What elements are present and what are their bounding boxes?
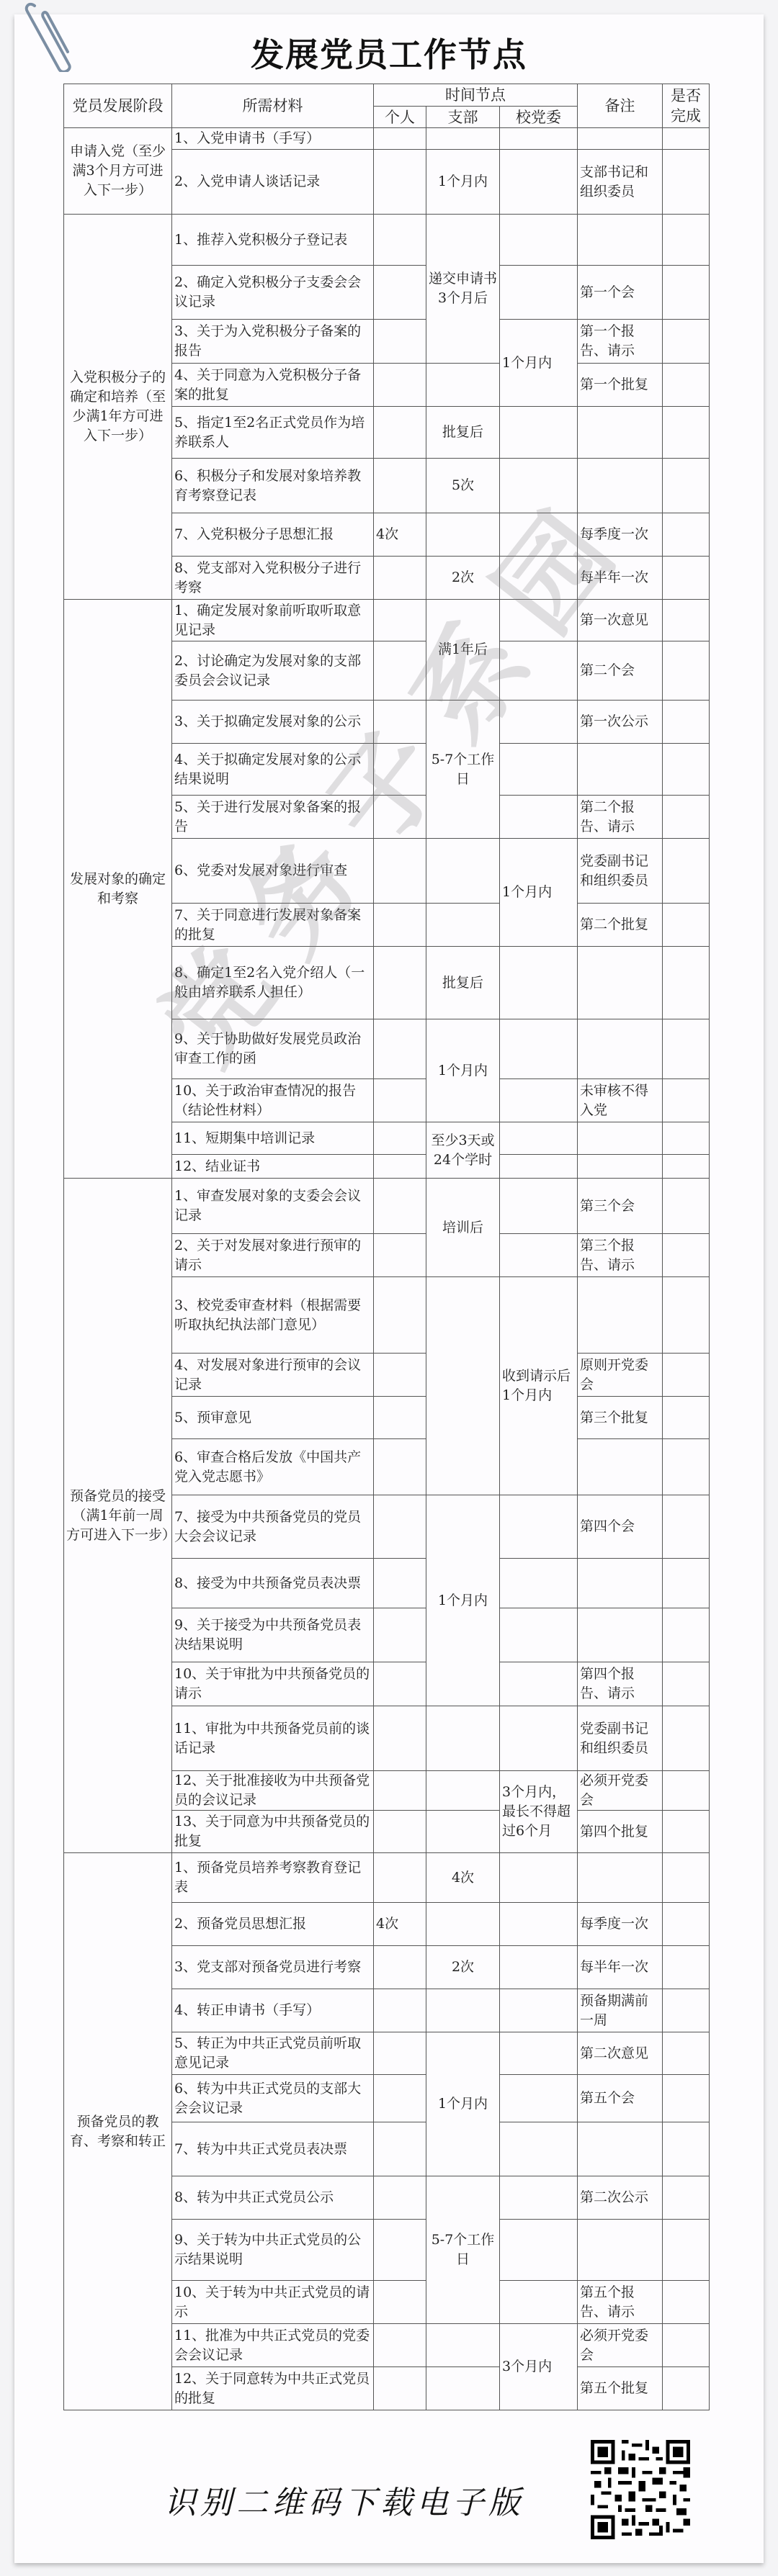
- table-row: 预备党员的教育、考察和转正 1、预备党员培养考察教育登记表 4次: [64, 1853, 710, 1903]
- committee-cell: [500, 407, 578, 459]
- material-cell: 7、入党积极分子思想汇报: [172, 513, 374, 557]
- done-cell[interactable]: [663, 407, 710, 459]
- committee-cell: [500, 1079, 578, 1122]
- individual-cell: [374, 2220, 426, 2281]
- committee-cell: [500, 600, 578, 641]
- done-cell[interactable]: [663, 2075, 710, 2122]
- done-cell[interactable]: [663, 904, 710, 947]
- branch-cell: 1个月内: [426, 1495, 500, 1706]
- remark-cell: 第三个批复: [578, 1397, 663, 1439]
- material-cell: 9、关于协助做好发展党员政治审查工作的函: [172, 1019, 374, 1079]
- material-cell: 5、指定1至2名正式党员作为培养联系人: [172, 407, 374, 459]
- remark-cell: 每半年一次: [578, 557, 663, 600]
- done-cell[interactable]: [663, 1079, 710, 1122]
- individual-cell: [374, 839, 426, 904]
- remark-cell: 支部书记和组织委员: [578, 150, 663, 215]
- done-cell[interactable]: [663, 364, 710, 407]
- committee-cell: [500, 1853, 578, 1903]
- material-cell: 8、接受为中共预备党员表决票: [172, 1559, 374, 1608]
- individual-cell: [374, 904, 426, 947]
- table-row: 申请入党（至少满3个月方可进入下一步） 1、入党申请书（手写）: [64, 128, 710, 150]
- individual-cell: [374, 1662, 426, 1706]
- done-cell[interactable]: [663, 2367, 710, 2410]
- header-materials: 所需材料: [172, 84, 374, 128]
- material-cell: 2、预备党员思想汇报: [172, 1903, 374, 1946]
- remark-cell: 党委副书记和组织委员: [578, 1706, 663, 1771]
- done-cell[interactable]: [663, 1277, 710, 1354]
- committee-cell: [500, 1946, 578, 1989]
- material-cell: 3、校党委审查材料（根据需要听取执纪执法部门意见）: [172, 1277, 374, 1354]
- individual-cell: [374, 1946, 426, 1989]
- branch-cell: 2次: [426, 1946, 500, 1989]
- material-cell: 7、转为中共正式党员表决票: [172, 2122, 374, 2176]
- material-cell: 13、关于同意为中共预备党员的批复: [172, 1811, 374, 1853]
- committee-cell: 1个月内: [500, 839, 578, 947]
- done-cell[interactable]: [663, 215, 710, 266]
- material-cell: 7、接受为中共预备党员的党员大会会议记录: [172, 1495, 374, 1559]
- remark-cell: [578, 1019, 663, 1079]
- page-title: 发展党员工作节点: [0, 29, 778, 76]
- table-row: 入党积极分子的确定和培养（至少满1年方可进入下一步） 1、推荐入党积极分子登记表…: [64, 215, 710, 266]
- material-cell: 6、积极分子和发展对象培养教育考察登记表: [172, 459, 374, 513]
- individual-cell: [374, 1706, 426, 1771]
- material-cell: 5、转正为中共正式党员前听取意见记录: [172, 2032, 374, 2075]
- committee-cell: [500, 2032, 578, 2075]
- branch-cell: [426, 1706, 500, 1771]
- table-row: 发展对象的确定和考察 1、确定发展对象前听取听取意见记录 满1年后 第一次意见: [64, 600, 710, 641]
- remark-cell: [578, 1155, 663, 1179]
- material-cell: 8、转为中共正式党员公示: [172, 2176, 374, 2220]
- remark-cell: 第五个批复: [578, 2367, 663, 2410]
- remark-cell: [578, 128, 663, 150]
- remark-cell: 原则开党委会: [578, 1354, 663, 1397]
- done-cell[interactable]: [663, 2032, 710, 2075]
- individual-cell: [374, 1079, 426, 1122]
- done-cell[interactable]: [663, 320, 710, 364]
- individual-cell: [374, 320, 426, 364]
- branch-cell: 1个月内: [426, 1019, 500, 1122]
- done-cell[interactable]: [663, 1354, 710, 1397]
- individual-cell: [374, 150, 426, 215]
- committee-cell: 3个月内，最长不得超过6个月: [500, 1771, 578, 1853]
- remark-cell: 第二次意见: [578, 2032, 663, 2075]
- branch-cell: 1个月内: [426, 2032, 500, 2176]
- individual-cell: [374, 2281, 426, 2324]
- material-cell: 12、关于批准接收为中共预备党员的会议记录: [172, 1771, 374, 1811]
- remark-cell: [578, 1439, 663, 1495]
- material-cell: 1、入党申请书（手写）: [172, 128, 374, 150]
- done-cell[interactable]: [663, 1903, 710, 1946]
- committee-cell: [500, 1155, 578, 1179]
- done-cell[interactable]: [663, 2324, 710, 2367]
- branch-cell: [426, 2324, 500, 2367]
- remark-cell: 每季度一次: [578, 1903, 663, 1946]
- individual-cell: [374, 600, 426, 641]
- done-cell[interactable]: [663, 1155, 710, 1179]
- done-cell[interactable]: [663, 1811, 710, 1853]
- material-cell: 6、转为中共正式党员的支部大会会议记录: [172, 2075, 374, 2122]
- individual-cell: [374, 947, 426, 1019]
- remark-cell: [578, 947, 663, 1019]
- branch-cell: [426, 1989, 500, 2032]
- remark-cell: 每半年一次: [578, 1946, 663, 1989]
- branch-cell: [426, 1277, 500, 1495]
- material-cell: 8、确定1至2名入党介绍人（一般由培养联系人担任）: [172, 947, 374, 1019]
- committee-cell: [500, 947, 578, 1019]
- remark-cell: [578, 1277, 663, 1354]
- individual-cell: [374, 128, 426, 150]
- individual-cell: [374, 266, 426, 320]
- material-cell: 1、确定发展对象前听取听取意见记录: [172, 600, 374, 641]
- footer-download-text: 识别二维码下载电子版: [164, 2477, 568, 2523]
- material-cell: 1、推荐入党积极分子登记表: [172, 215, 374, 266]
- committee-cell: [500, 2075, 578, 2122]
- committee-cell: [500, 459, 578, 513]
- remark-cell: 党委副书记和组织委员: [578, 839, 663, 904]
- committee-cell: [500, 215, 578, 266]
- material-cell: 4、关于拟确定发展对象的公示结果说明: [172, 744, 374, 796]
- individual-cell: [374, 1811, 426, 1853]
- committee-cell: 3个月内: [500, 2324, 578, 2410]
- committee-cell: [500, 1989, 578, 2032]
- remark-cell: 第五个会: [578, 2075, 663, 2122]
- remark-cell: 第一次公示: [578, 701, 663, 744]
- done-cell[interactable]: [663, 459, 710, 513]
- branch-cell: [426, 128, 500, 150]
- header-done: 是否完成: [663, 84, 710, 128]
- individual-cell: [374, 1853, 426, 1903]
- remark-cell: 预备期满前一周: [578, 1989, 663, 2032]
- done-cell[interactable]: [663, 128, 710, 150]
- committee-cell: [500, 150, 578, 215]
- remark-cell: 每季度一次: [578, 513, 663, 557]
- branch-cell: 5-7个工作日: [426, 2176, 500, 2324]
- stage-cell: 入党积极分子的确定和培养（至少满1年方可进入下一步）: [64, 215, 172, 600]
- header-branch: 支部: [426, 107, 500, 128]
- remark-cell: [578, 1559, 663, 1608]
- individual-cell: [374, 364, 426, 407]
- individual-cell: [374, 2075, 426, 2122]
- committee-cell: [500, 2220, 578, 2281]
- stage-cell: 发展对象的确定和考察: [64, 600, 172, 1179]
- branch-cell: 2次: [426, 557, 500, 600]
- remark-cell: [578, 1608, 663, 1662]
- individual-cell: [374, 2367, 426, 2410]
- branch-cell: 培训后: [426, 1179, 500, 1277]
- individual-cell: [374, 1179, 426, 1234]
- done-cell[interactable]: [663, 1853, 710, 1903]
- material-cell: 10、关于政治审查情况的报告（结论性材料）: [172, 1079, 374, 1122]
- committee-cell: 收到请示后1个月内: [500, 1277, 578, 1495]
- individual-cell: [374, 2032, 426, 2075]
- remark-cell: 第一个会: [578, 266, 663, 320]
- individual-cell: [374, 1122, 426, 1155]
- branch-cell: 递交申请书3个月后: [426, 215, 500, 364]
- material-cell: 12、结业证书: [172, 1155, 374, 1179]
- material-cell: 11、短期集中培训记录: [172, 1122, 374, 1155]
- individual-cell: [374, 1155, 426, 1179]
- done-cell[interactable]: [663, 744, 710, 796]
- done-cell[interactable]: [663, 150, 710, 215]
- material-cell: 11、审批为中共预备党员前的谈话记录: [172, 1706, 374, 1771]
- individual-cell: [374, 2324, 426, 2367]
- remark-cell: 第一个报告、请示: [578, 320, 663, 364]
- material-cell: 11、批准为中共正式党员的党委会会议记录: [172, 2324, 374, 2367]
- individual-cell: [374, 1989, 426, 2032]
- material-cell: 2、讨论确定为发展对象的支部委员会会议记录: [172, 641, 374, 701]
- header-individual: 个人: [374, 107, 426, 128]
- material-cell: 10、关于转为中共正式党员的请示: [172, 2281, 374, 2324]
- material-cell: 8、党支部对入党积极分子进行考察: [172, 557, 374, 600]
- done-cell[interactable]: [663, 1122, 710, 1155]
- branch-cell: [426, 904, 500, 947]
- branch-cell: [426, 839, 500, 904]
- remark-cell: 必须开党委会: [578, 1771, 663, 1811]
- done-cell[interactable]: [663, 513, 710, 557]
- done-cell[interactable]: [663, 557, 710, 600]
- committee-cell: [500, 1019, 578, 1079]
- branch-cell: 满1年后: [426, 600, 500, 701]
- done-cell[interactable]: [663, 1179, 710, 1234]
- material-cell: 4、转正申请书（手写）: [172, 1989, 374, 2032]
- stage-cell: 申请入党（至少满3个月方可进入下一步）: [64, 128, 172, 215]
- branch-cell: [426, 1771, 500, 1811]
- committee-cell: [500, 557, 578, 600]
- remark-cell: 第四个报告、请示: [578, 1662, 663, 1706]
- branch-cell: [426, 513, 500, 557]
- individual-cell: [374, 1277, 426, 1354]
- individual-cell: [374, 1495, 426, 1559]
- committee-cell: [500, 744, 578, 796]
- remark-cell: 第二个批复: [578, 904, 663, 947]
- done-cell[interactable]: [663, 1706, 710, 1771]
- branch-cell: 4次: [426, 1853, 500, 1903]
- individual-cell: [374, 1608, 426, 1662]
- material-cell: 1、预备党员培养考察教育登记表: [172, 1853, 374, 1903]
- committee-cell: [500, 2281, 578, 2324]
- branch-cell: 至少3天或24个学时: [426, 1122, 500, 1179]
- done-cell[interactable]: [663, 1989, 710, 2032]
- individual-cell: [374, 215, 426, 266]
- material-cell: 1、审查发展对象的支委会会议记录: [172, 1179, 374, 1234]
- individual-cell: [374, 796, 426, 839]
- committee-cell: [500, 2122, 578, 2176]
- remark-cell: [578, 2122, 663, 2176]
- individual-cell: [374, 641, 426, 701]
- remark-cell: 第三个报告、请示: [578, 1234, 663, 1277]
- material-cell: 12、关于同意转为中共正式党员的批复: [172, 2367, 374, 2410]
- individual-cell: [374, 1439, 426, 1495]
- material-cell: 9、关于转为中共正式党员的公示结果说明: [172, 2220, 374, 2281]
- done-cell[interactable]: [663, 2220, 710, 2281]
- committee-cell: [500, 796, 578, 839]
- committee-cell: [500, 1706, 578, 1771]
- individual-cell: [374, 407, 426, 459]
- done-cell[interactable]: [663, 1234, 710, 1277]
- remark-cell: [578, 2220, 663, 2281]
- header-remarks: 备注: [578, 84, 663, 128]
- remark-cell: 第一次意见: [578, 600, 663, 641]
- committee-cell: [500, 1122, 578, 1155]
- material-cell: 2、确定入党积极分子支委会会议记录: [172, 266, 374, 320]
- material-cell: 3、关于拟确定发展对象的公示: [172, 701, 374, 744]
- committee-cell: [500, 1608, 578, 1662]
- done-cell[interactable]: [663, 2122, 710, 2176]
- individual-cell: [374, 2176, 426, 2220]
- party-member-workflow-table: 党员发展阶段 所需材料 时间节点 备注 是否完成 个人 支部 校党委 申请入党（…: [63, 84, 710, 2410]
- header-committee: 校党委: [500, 107, 578, 128]
- table-row: 预备党员的接受（满1年前一周方可进入下一步） 1、审查发展对象的支委会会议记录 …: [64, 1179, 710, 1234]
- branch-cell: 批复后: [426, 947, 500, 1019]
- material-cell: 4、关于同意为入党积极分子备案的批复: [172, 364, 374, 407]
- branch-cell: [426, 1811, 500, 1853]
- material-cell: 2、关于对发展对象进行预审的请示: [172, 1234, 374, 1277]
- committee-cell: [500, 266, 578, 320]
- remark-cell: 第二个会: [578, 641, 663, 701]
- committee-cell: [500, 1234, 578, 1277]
- individual-cell: [374, 1771, 426, 1811]
- done-cell[interactable]: [663, 266, 710, 320]
- committee-cell: [500, 1179, 578, 1234]
- remark-cell: 第二次公示: [578, 2176, 663, 2220]
- remark-cell: [578, 459, 663, 513]
- individual-cell: [374, 744, 426, 796]
- branch-cell: 批复后: [426, 407, 500, 459]
- committee-cell: [500, 513, 578, 557]
- remark-cell: 第一个批复: [578, 364, 663, 407]
- individual-cell: [374, 2122, 426, 2176]
- material-cell: 4、对发展对象进行预审的会议记录: [172, 1354, 374, 1397]
- remark-cell: 第五个报告、请示: [578, 2281, 663, 2324]
- committee-cell: [500, 1903, 578, 1946]
- branch-cell: 5次: [426, 459, 500, 513]
- remark-cell: [578, 1853, 663, 1903]
- remark-cell: [578, 407, 663, 459]
- material-cell: 6、审查合格后发放《中国共产党入党志愿书》: [172, 1439, 374, 1495]
- individual-cell: 4次: [374, 1903, 426, 1946]
- branch-cell: [426, 2367, 500, 2410]
- branch-cell: [426, 364, 500, 407]
- done-cell[interactable]: [663, 947, 710, 1019]
- qr-code-icon[interactable]: [591, 2440, 690, 2539]
- committee-cell: [500, 1662, 578, 1706]
- individual-cell: [374, 1019, 426, 1079]
- remark-cell: [578, 1122, 663, 1155]
- done-cell[interactable]: [663, 1397, 710, 1439]
- remark-cell: 第三个会: [578, 1179, 663, 1234]
- individual-cell: [374, 701, 426, 744]
- header-stage: 党员发展阶段: [64, 84, 172, 128]
- committee-cell: [500, 1495, 578, 1559]
- done-cell[interactable]: [663, 1946, 710, 1989]
- committee-cell: [500, 1559, 578, 1608]
- done-cell[interactable]: [663, 796, 710, 839]
- branch-cell: 5-7个工作日: [426, 701, 500, 839]
- individual-cell: [374, 1354, 426, 1397]
- remark-cell: 未审核不得入党: [578, 1079, 663, 1122]
- committee-cell: [500, 701, 578, 744]
- done-cell[interactable]: [663, 1559, 710, 1608]
- material-cell: 7、关于同意进行发展对象备案的批复: [172, 904, 374, 947]
- done-cell[interactable]: [663, 2281, 710, 2324]
- done-cell[interactable]: [663, 1771, 710, 1811]
- stage-cell: 预备党员的接受（满1年前一周方可进入下一步）: [64, 1179, 172, 1853]
- branch-cell: [426, 1903, 500, 1946]
- individual-cell: [374, 1397, 426, 1439]
- done-cell[interactable]: [663, 839, 710, 904]
- committee-cell: [500, 641, 578, 701]
- remark-cell: 必须开党委会: [578, 2324, 663, 2367]
- done-cell[interactable]: [663, 701, 710, 744]
- committee-cell: [500, 2176, 578, 2220]
- material-cell: 5、预审意见: [172, 1397, 374, 1439]
- remark-cell: 第二个报告、请示: [578, 796, 663, 839]
- material-cell: 3、关于为入党积极分子备案的报告: [172, 320, 374, 364]
- individual-cell: [374, 557, 426, 600]
- material-cell: 6、党委对发展对象进行审查: [172, 839, 374, 904]
- header-time-nodes: 时间节点: [374, 84, 578, 107]
- done-cell[interactable]: [663, 1662, 710, 1706]
- material-cell: 3、党支部对预备党员进行考察: [172, 1946, 374, 1989]
- remark-cell: [578, 215, 663, 266]
- remark-cell: 第四个批复: [578, 1811, 663, 1853]
- committee-cell: 1个月内: [500, 320, 578, 407]
- done-cell[interactable]: [663, 600, 710, 641]
- individual-cell: [374, 459, 426, 513]
- done-cell[interactable]: [663, 1608, 710, 1662]
- done-cell[interactable]: [663, 1019, 710, 1079]
- individual-cell: [374, 1559, 426, 1608]
- individual-cell: [374, 1234, 426, 1277]
- done-cell[interactable]: [663, 2176, 710, 2220]
- done-cell[interactable]: [663, 1439, 710, 1495]
- material-cell: 5、关于进行发展对象备案的报告: [172, 796, 374, 839]
- remark-cell: 第四个会: [578, 1495, 663, 1559]
- done-cell[interactable]: [663, 1495, 710, 1559]
- material-cell: 10、关于审批为中共预备党员的请示: [172, 1662, 374, 1706]
- committee-cell: [500, 128, 578, 150]
- branch-cell: 1个月内: [426, 150, 500, 215]
- stage-cell: 预备党员的教育、考察和转正: [64, 1853, 172, 2410]
- material-cell: 2、入党申请人谈话记录: [172, 150, 374, 215]
- individual-cell: 4次: [374, 513, 426, 557]
- material-cell: 9、关于接受为中共预备党员表决结果说明: [172, 1608, 374, 1662]
- done-cell[interactable]: [663, 641, 710, 701]
- remark-cell: [578, 744, 663, 796]
